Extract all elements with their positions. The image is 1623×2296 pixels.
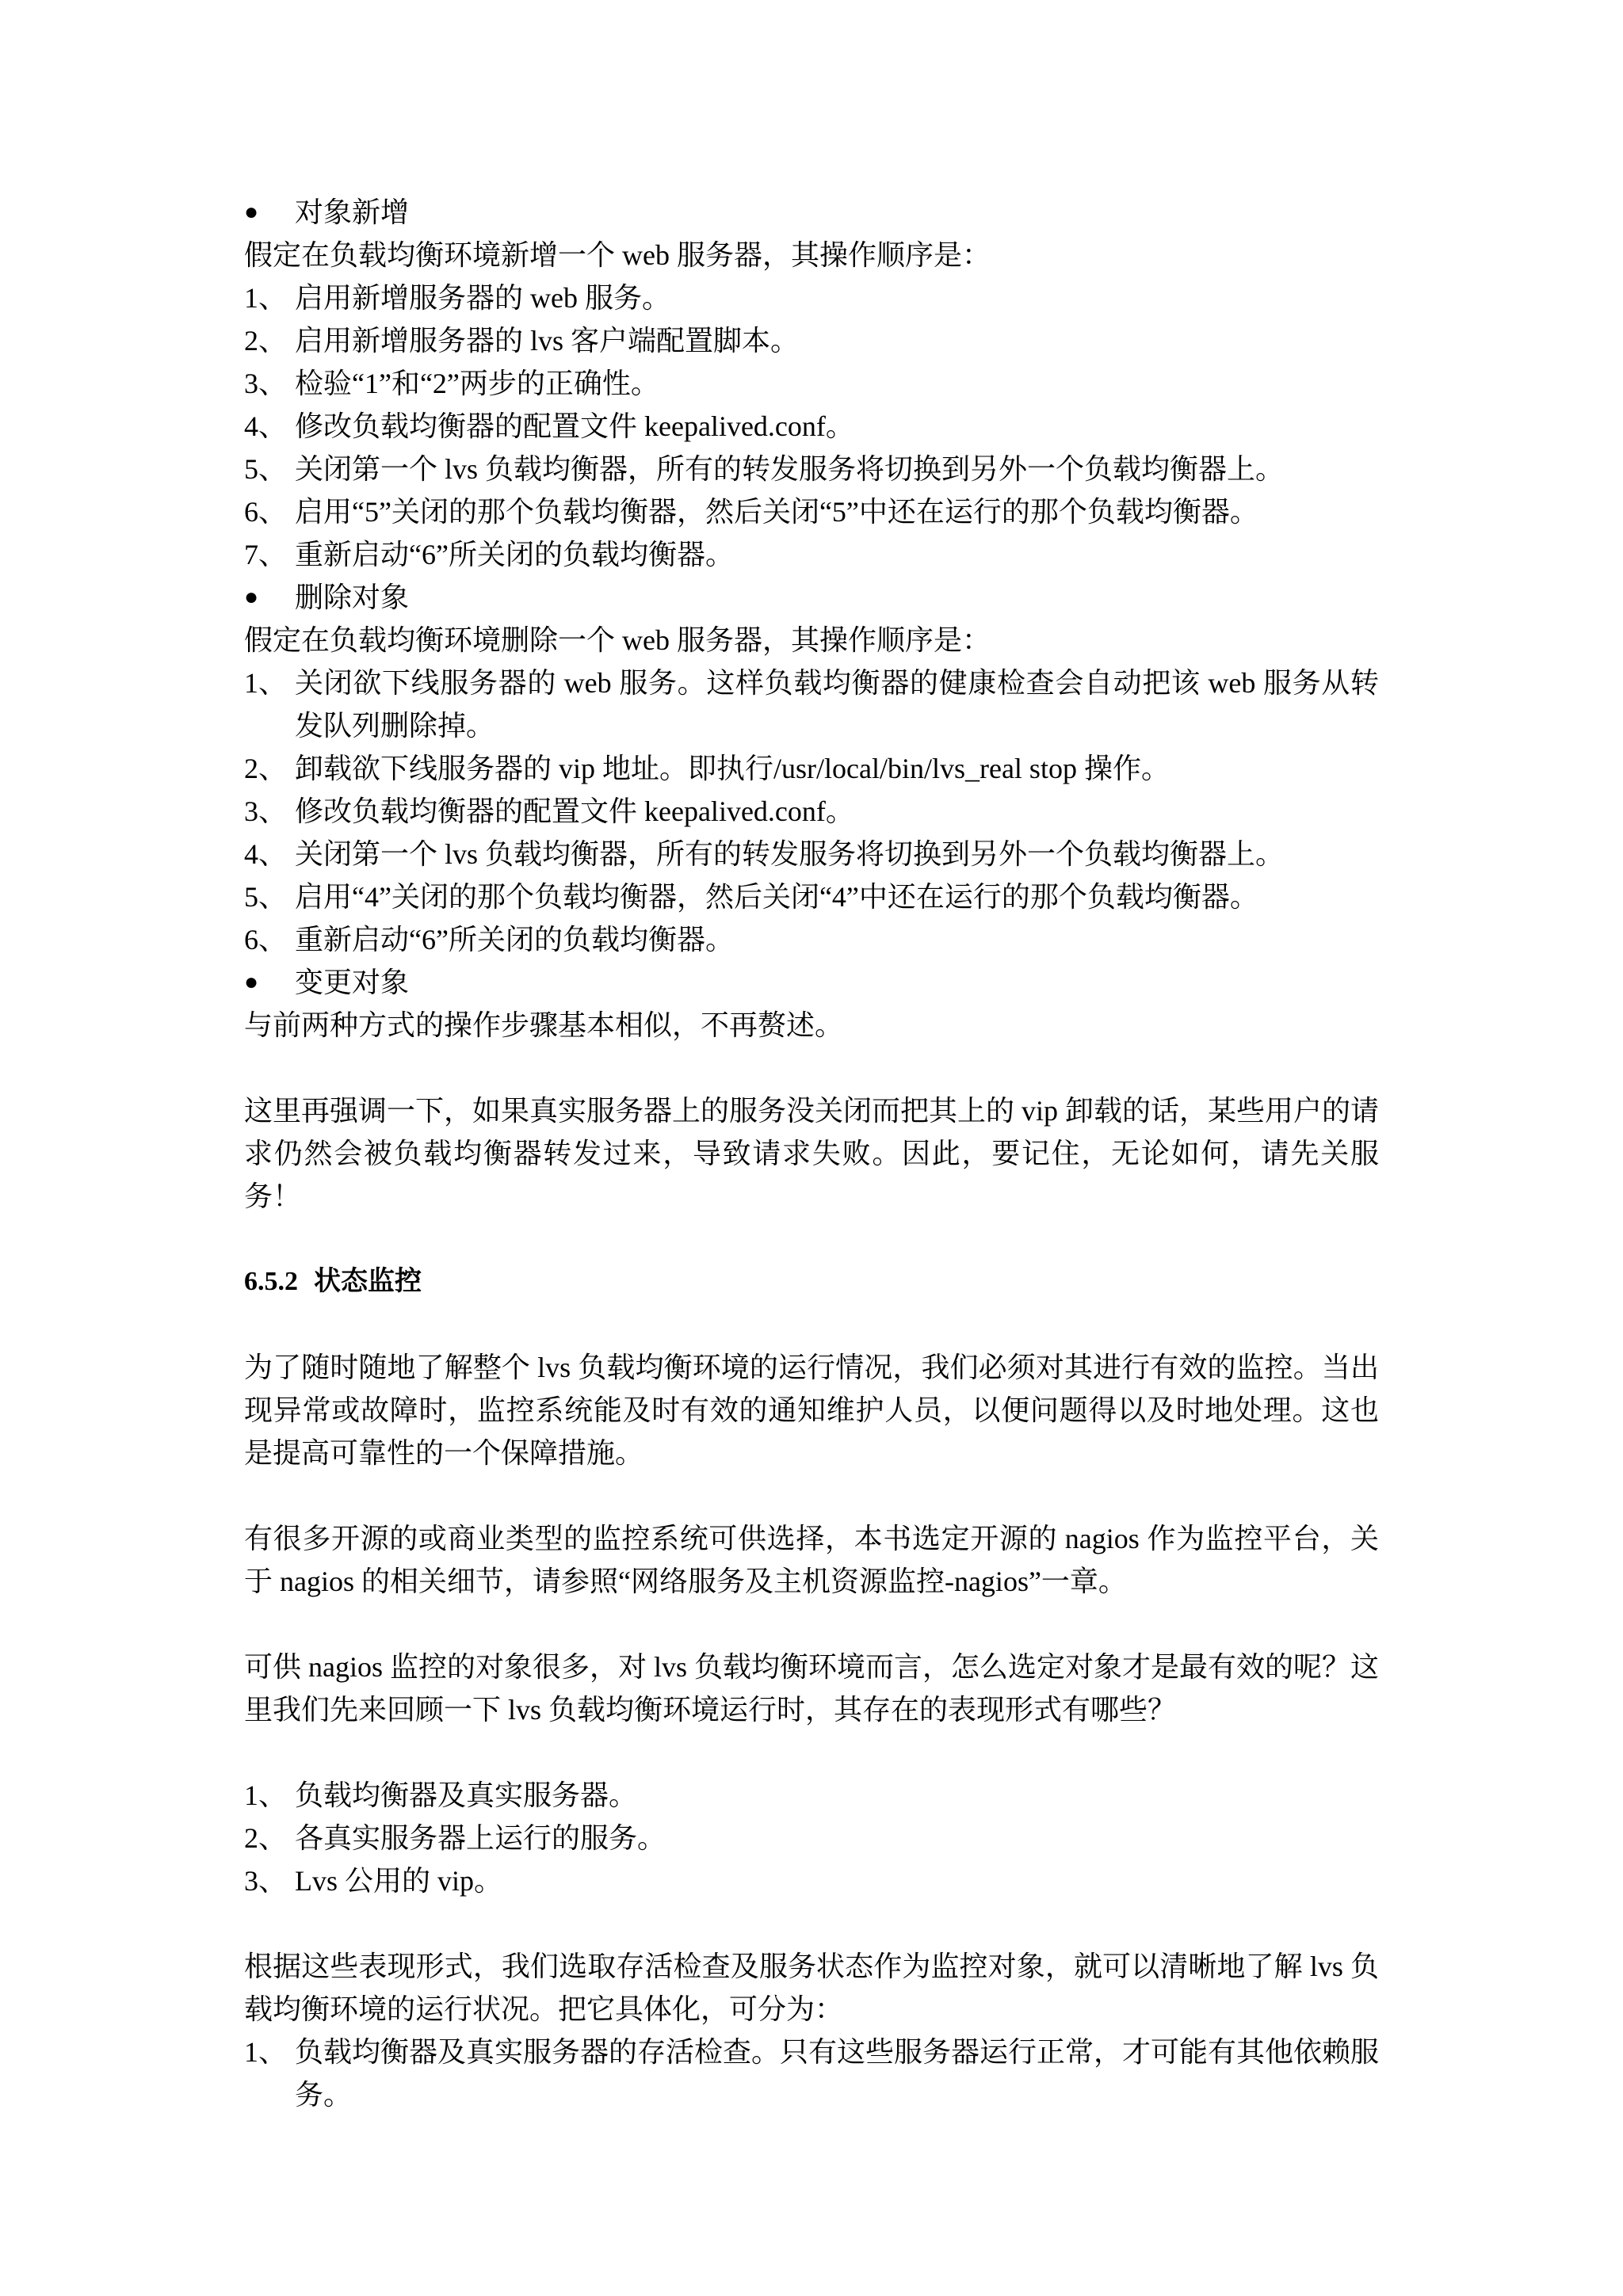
list-item: 1、 启用新增服务器的 web 服务。 bbox=[244, 277, 1379, 319]
list-item: 4、 修改负载均衡器的配置文件 keepalived.conf。 bbox=[244, 405, 1379, 448]
item-number: 6、 bbox=[244, 918, 287, 961]
section-change-body: 与前两种方式的操作步骤基本相似，不再赘述。 bbox=[244, 1004, 1379, 1047]
list-item: 3、 检验“1”和“2”两步的正确性。 bbox=[244, 362, 1379, 405]
list-item: 1、 负载均衡器及真实服务器的存活检查。只有这些服务器运行正常，才可能有其他依赖… bbox=[244, 2031, 1379, 2116]
section-delete-header: ● 删除对象 bbox=[244, 576, 1379, 619]
item-number: 3、 bbox=[244, 790, 287, 833]
bullet-icon: ● bbox=[244, 961, 258, 1004]
item-number: 5、 bbox=[244, 875, 287, 918]
item-text: 卸载欲下线服务器的 vip 地址。即执行/usr/local/bin/lvs_r… bbox=[295, 753, 1170, 784]
bullet-icon: ● bbox=[244, 191, 258, 234]
section-change-header: ● 变更对象 bbox=[244, 961, 1379, 1004]
item-number: 6、 bbox=[244, 490, 287, 533]
section-add-title: 对象新增 bbox=[295, 196, 409, 228]
monitoring-paragraph-1: 为了随时随地了解整个 lvs 负载均衡环境的运行情况，我们必须对其进行有效的监控… bbox=[244, 1346, 1379, 1474]
section-delete-intro: 假定在负载均衡环境删除一个 web 服务器，其操作顺序是： bbox=[244, 619, 1379, 662]
note-paragraph: 这里再强调一下，如果真实服务器上的服务没关闭而把其上的 vip 卸载的话，某些用… bbox=[244, 1089, 1379, 1218]
item-text: 负载均衡器及真实服务器。 bbox=[295, 1779, 637, 1811]
section-add-intro: 假定在负载均衡环境新增一个 web 服务器，其操作顺序是： bbox=[244, 234, 1379, 277]
item-number: 2、 bbox=[244, 1817, 287, 1859]
item-text: 启用新增服务器的 lvs 客户端配置脚本。 bbox=[295, 325, 799, 357]
bullet-icon: ● bbox=[244, 576, 258, 619]
item-text: 检验“1”和“2”两步的正确性。 bbox=[295, 368, 659, 399]
item-text: 关闭第一个 lvs 负载均衡器，所有的转发服务将切换到另外一个负载均衡器上。 bbox=[295, 838, 1284, 870]
list-item: 5、 启用“4”关闭的那个负载均衡器，然后关闭“4”中还在运行的那个负载均衡器。 bbox=[244, 875, 1379, 918]
list-item: 4、 关闭第一个 lvs 负载均衡器，所有的转发服务将切换到另外一个负载均衡器上… bbox=[244, 833, 1379, 875]
monitoring-paragraph-2: 有很多开源的或商业类型的监控系统可供选择，本书选定开源的 nagios 作为监控… bbox=[244, 1517, 1379, 1603]
item-text: 关闭第一个 lvs 负载均衡器，所有的转发服务将切换到另外一个负载均衡器上。 bbox=[295, 453, 1284, 485]
list-item: 1、 关闭欲下线服务器的 web 服务。这样负载均衡器的健康检查会自动把该 we… bbox=[244, 662, 1379, 747]
item-text: 关闭欲下线服务器的 web 服务。这样负载均衡器的健康检查会自动把该 web 服… bbox=[295, 667, 1379, 742]
section-change-title: 变更对象 bbox=[295, 967, 409, 998]
item-number: 1、 bbox=[244, 662, 287, 704]
item-number: 2、 bbox=[244, 747, 287, 790]
item-number: 7、 bbox=[244, 533, 287, 576]
item-text: Lvs 公用的 vip。 bbox=[295, 1865, 502, 1897]
item-number: 5、 bbox=[244, 448, 287, 490]
item-text: 各真实服务器上运行的服务。 bbox=[295, 1822, 666, 1854]
list-item: 2、 卸载欲下线服务器的 vip 地址。即执行/usr/local/bin/lv… bbox=[244, 747, 1379, 790]
list-item: 2、 各真实服务器上运行的服务。 bbox=[244, 1817, 1379, 1859]
section-delete-title: 删除对象 bbox=[295, 582, 409, 613]
item-number: 1、 bbox=[244, 1774, 287, 1817]
item-number: 1、 bbox=[244, 277, 287, 319]
monitoring-paragraph-3: 可供 nagios 监控的对象很多，对 lvs 负载均衡环境而言，怎么选定对象才… bbox=[244, 1646, 1379, 1731]
item-number: 3、 bbox=[244, 1859, 287, 1902]
list-item: 2、 启用新增服务器的 lvs 客户端配置脚本。 bbox=[244, 319, 1379, 362]
item-number: 3、 bbox=[244, 362, 287, 405]
list-item: 6、 启用“5”关闭的那个负载均衡器，然后关闭“5”中还在运行的那个负载均衡器。 bbox=[244, 490, 1379, 533]
item-text: 修改负载均衡器的配置文件 keepalived.conf。 bbox=[295, 795, 854, 827]
heading-number: 6.5.2 bbox=[244, 1267, 298, 1296]
item-text: 启用“5”关闭的那个负载均衡器，然后关闭“5”中还在运行的那个负载均衡器。 bbox=[295, 496, 1258, 528]
item-text: 启用新增服务器的 web 服务。 bbox=[295, 282, 670, 314]
item-text: 重新启动“6”所关闭的负载均衡器。 bbox=[295, 539, 734, 570]
item-number: 4、 bbox=[244, 405, 287, 448]
list-item: 3、 Lvs 公用的 vip。 bbox=[244, 1859, 1379, 1902]
list-item: 6、 重新启动“6”所关闭的负载均衡器。 bbox=[244, 918, 1379, 961]
section-heading: 6.5.2状态监控 bbox=[244, 1261, 1379, 1303]
item-number: 1、 bbox=[244, 2031, 287, 2073]
item-text: 负载均衡器及真实服务器的存活检查。只有这些服务器运行正常，才可能有其他依赖服务。 bbox=[295, 2036, 1379, 2111]
item-text: 重新启动“6”所关闭的负载均衡器。 bbox=[295, 924, 734, 955]
document-page: ● 对象新增 假定在负载均衡环境新增一个 web 服务器，其操作顺序是： 1、 … bbox=[0, 0, 1623, 2296]
item-number: 4、 bbox=[244, 833, 287, 875]
item-text: 修改负载均衡器的配置文件 keepalived.conf。 bbox=[295, 410, 854, 442]
heading-title: 状态监控 bbox=[314, 1267, 422, 1296]
monitoring-paragraph-4: 根据这些表现形式，我们选取存活检查及服务状态作为监控对象，就可以清晰地了解 lv… bbox=[244, 1945, 1379, 2031]
list-item: 1、 负载均衡器及真实服务器。 bbox=[244, 1774, 1379, 1817]
list-item: 7、 重新启动“6”所关闭的负载均衡器。 bbox=[244, 533, 1379, 576]
list-item: 3、 修改负载均衡器的配置文件 keepalived.conf。 bbox=[244, 790, 1379, 833]
item-text: 启用“4”关闭的那个负载均衡器，然后关闭“4”中还在运行的那个负载均衡器。 bbox=[295, 881, 1258, 913]
item-number: 2、 bbox=[244, 319, 287, 362]
section-add-header: ● 对象新增 bbox=[244, 191, 1379, 234]
list-item: 5、 关闭第一个 lvs 负载均衡器，所有的转发服务将切换到另外一个负载均衡器上… bbox=[244, 448, 1379, 490]
